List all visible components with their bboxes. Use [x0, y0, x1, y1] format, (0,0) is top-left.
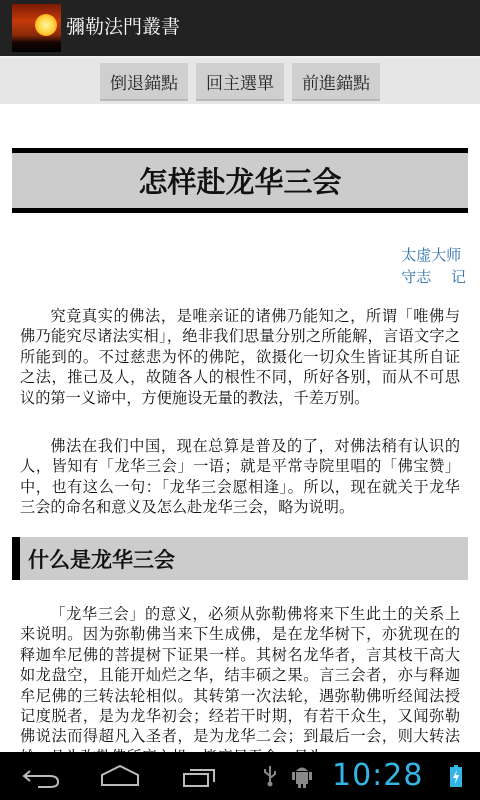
back-anchor-button[interactable]: 倒退錨點	[100, 63, 188, 101]
paragraph: 「龙华三会」的意义，必须从弥勒佛将来下生此土的关系上来说明。因为弥勒佛当来下生成…	[20, 604, 460, 752]
battery-charging-icon	[450, 765, 462, 791]
document-title: 怎样赴龙华三会	[12, 148, 468, 213]
home-icon[interactable]	[88, 752, 152, 800]
action-bar: 彌勒法門叢書	[0, 0, 480, 56]
clock: 10:28	[332, 756, 423, 796]
document-view[interactable]: 怎样赴龙华三会 太虚大师 守志 记 究竟真实的佛法，是唯亲证的诸佛乃能知之，所谓…	[0, 104, 480, 752]
author-credit: 太虚大师 守志 记	[401, 244, 466, 288]
android-debug-icon	[292, 762, 312, 794]
recorder-name: 守志 记	[401, 266, 466, 288]
forward-anchor-button[interactable]: 前進錨點	[292, 63, 380, 101]
recent-apps-icon[interactable]	[168, 752, 232, 800]
back-icon[interactable]	[8, 752, 72, 800]
anchor-toolbar: 倒退錨點 回主選單 前進錨點	[0, 56, 480, 104]
app-title: 彌勒法門叢書	[66, 14, 180, 40]
sunset-icon[interactable]	[12, 4, 61, 52]
author-name: 太虚大师	[401, 244, 466, 266]
section-heading: 什么是龙华三会	[12, 537, 468, 580]
system-navigation-bar: 10:28	[0, 752, 480, 800]
usb-icon	[262, 764, 278, 792]
paragraph: 究竟真实的佛法，是唯亲证的诸佛乃能知之，所谓「唯佛与佛乃能究尽诸法实相」，绝非我…	[20, 306, 460, 408]
main-menu-button[interactable]: 回主選單	[196, 63, 284, 101]
paragraph: 佛法在我们中国，现在总算是普及的了，对佛法稍有认识的人，皆知有「龙华三会」一语；…	[20, 436, 460, 518]
